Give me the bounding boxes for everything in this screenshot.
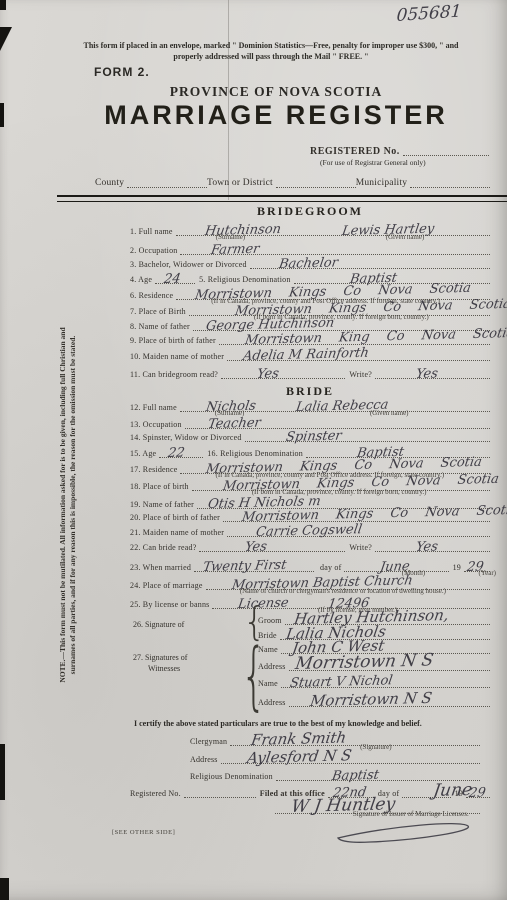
field-clergyman-address: Address Aylesford N S (190, 751, 480, 764)
field-label: Write? (345, 543, 375, 552)
marriage-register-document: 055681 This form if placed in an envelop… (0, 0, 507, 900)
side-note-line1: NOTE.—This form must not be mutilated. A… (58, 280, 68, 730)
field-label: Name (258, 679, 281, 688)
handwritten-age: 22 (167, 447, 185, 460)
handwritten-age: 24 (163, 273, 181, 286)
field-line: W J Huntley Signature of Issuer of Marri… (275, 800, 480, 814)
field-line: June (Month) (344, 558, 448, 572)
handwritten-value: Adelia M Rainforth (242, 347, 370, 363)
field-place-of-marriage: 24. Place of marriage Morristown Baptist… (130, 577, 490, 590)
handwritten-clergyman: Frank Smith (250, 730, 347, 748)
field-line: Morristown Kings Co Nova Scotia (223, 508, 490, 522)
field-line: 29 (466, 784, 490, 798)
field-label: Address (258, 662, 289, 671)
surname-caption: (Surname) (216, 234, 246, 241)
field-label: 19. Name of father (130, 500, 197, 509)
witnesses-label-line2: Witnesses (148, 664, 180, 673)
handwritten-read: Yes (244, 540, 268, 554)
field-line: Morristown N S (289, 657, 490, 671)
field-groom-status: 3. Bachelor, Widower or Divorced Bachelo… (130, 256, 490, 269)
scan-mark (0, 878, 9, 900)
field-label: Address (258, 698, 289, 707)
field-line: 24 (155, 270, 195, 284)
issuer-caption: Signature of Issuer of Marriage Licenses… (353, 811, 469, 818)
signature-flourish (330, 818, 480, 848)
scan-mark (0, 0, 6, 10)
field-label: Name (258, 645, 281, 654)
field-bride-read-write: 22. Can bride read? Yes Write? Yes (130, 539, 490, 552)
field-label: 5. Religious Denomination (195, 275, 293, 284)
scan-mark (0, 103, 4, 127)
field-line: Morristown Baptist Church (Name of churc… (206, 576, 490, 590)
field-label: 21. Maiden name of mother (130, 528, 227, 537)
field-line: Yes (375, 538, 490, 552)
field-label: 24. Place of marriage (130, 581, 206, 590)
field-groom-read-write: 11. Can bridegroom read? Yes Write? Yes (130, 366, 490, 379)
field-issuer-signature: W J Huntley Signature of Issuer of Marri… (275, 801, 480, 814)
field-line: Morristown Kings Co Nova Scotia (If born… (189, 302, 490, 316)
province-title: PROVINCE OF NOVA SCOTIA (70, 84, 482, 100)
field-label: 17. Residence (130, 465, 180, 474)
field-label: 13. Occupation (130, 420, 185, 429)
county-line (127, 174, 207, 188)
field-line: Adelia M Rainforth (227, 347, 490, 361)
handwritten-value: Bachelor (278, 256, 339, 271)
field-groom-birthplace: 7. Place of Birth Morristown Kings Co No… (130, 303, 490, 316)
handwritten-value: Carrie Cogswell (255, 523, 363, 539)
field-line: Yes (221, 365, 345, 379)
field-line: Frank Smith (Signature) (230, 732, 480, 746)
handwritten-day-words: Twenty First (202, 559, 287, 574)
field-label: 20. Place of birth of father (130, 513, 223, 522)
field-label: 11. Can bridegroom read? (130, 370, 221, 379)
town-label: Town or District (207, 179, 276, 188)
field-bride-father-birthplace: 20. Place of birth of father Morristown … (130, 509, 490, 522)
field-when-married: 23. When married Twenty First day of Jun… (130, 559, 490, 572)
field-line: Nichols Lalia Rebecca (Surname) (Given n… (180, 398, 490, 412)
field-line: Yes (375, 365, 490, 379)
field-line: Morristown Kings Co Nova Scotia (If in C… (180, 460, 490, 474)
field-clergyman: Clergyman Frank Smith (Signature) (190, 733, 480, 746)
handwritten-write: Yes (415, 367, 439, 381)
handwritten-religion: Baptist (331, 769, 380, 783)
mailing-notice-line1: This form if placed in an envelope, mark… (55, 41, 487, 51)
section-title-bride: BRIDE (130, 384, 490, 399)
form-number-label: FORM 2. (94, 65, 150, 79)
mailing-notice-line2: properly addressed will pass through the… (55, 52, 487, 62)
certification-statement: I certify the above stated particulars a… (134, 719, 422, 728)
field-line: June (402, 784, 450, 798)
year-prefix: 19 (449, 563, 464, 572)
page-title: MARRIAGE REGISTER (70, 100, 482, 131)
field-label: 22. Can bride read? (130, 543, 199, 552)
section-divider-rule (57, 195, 507, 202)
field-label: 12. Full name (130, 403, 180, 412)
field-label: 16. Religious Denomination (203, 449, 306, 458)
field-line: Yes (199, 538, 345, 552)
field-label: Address (190, 755, 221, 764)
field-line: 29 (Year) (464, 558, 490, 572)
field-label: 15. Age (130, 449, 159, 458)
field-bride-mother: 21. Maiden name of mother Carrie Cogswel… (130, 524, 490, 537)
signature-of-label: 26. Signature of (133, 620, 184, 629)
handwritten-read: Yes (256, 367, 280, 381)
field-label: 23. When married (130, 563, 194, 572)
field-label: Write? (345, 370, 375, 379)
field-line: Stuart V Nichol (281, 674, 490, 688)
field-label: 18. Place of birth (130, 482, 192, 491)
field-line: Baptist (276, 767, 480, 781)
scan-mark (0, 744, 5, 800)
field-label: Groom (258, 616, 285, 625)
field-label: 9. Place of birth of father (130, 336, 219, 345)
location-fields: County Town or District Municipality (95, 175, 490, 188)
field-label: Registered No. (130, 789, 184, 798)
side-note: NOTE.—This form must not be mutilated. A… (58, 280, 82, 730)
field-witness2-address: Address Morristown N S (258, 694, 490, 707)
field-label: 14. Spinster, Widow or Divorced (130, 433, 245, 442)
field-label: 8. Name of father (130, 322, 193, 331)
see-other-side-note: [SEE OTHER SIDE] (112, 829, 175, 836)
field-label: 6. Residence (130, 291, 176, 300)
field-bride-full-name: 12. Full name Nichols Lalia Rebecca (Sur… (130, 399, 490, 412)
field-line: Morristown King Co Nova Scotia (219, 331, 490, 345)
field-line: Morristown N S (289, 693, 490, 707)
registered-no-field: REGISTERED No. (310, 143, 489, 156)
field-groom-father-birthplace: 9. Place of birth of father Morristown K… (130, 332, 490, 345)
field-groom-mother: 10. Maiden name of mother Adelia M Rainf… (130, 348, 490, 361)
place-caption: (Name of church or clergyman's residence… (240, 588, 446, 595)
field-groom-occupation: 2. Occupation Farmer (130, 242, 490, 255)
field-label: 1. Full name (130, 227, 176, 236)
field-groom-full-name: 1. Full name Hutchinson Lewis Hartley (S… (130, 223, 490, 236)
serial-number: 055681 (396, 3, 462, 25)
field-line: Spinster (245, 428, 490, 442)
field-line: Twenty First (194, 558, 314, 572)
field-label: 3. Bachelor, Widower or Divorced (130, 260, 250, 269)
field-label: 25. By license or banns (130, 600, 212, 609)
county-label: County (95, 179, 127, 188)
municipality-label: Municipality (356, 179, 410, 188)
registrar-note: (For use of Registrar General only) (320, 158, 426, 167)
scan-mark (0, 27, 12, 51)
registered-no-line (403, 142, 489, 156)
handwritten-witness-address: Morristown N S (294, 652, 434, 673)
field-label: Clergyman (190, 737, 230, 746)
handwritten-value: Spinster (285, 429, 342, 444)
field-clergyman-religion: Religious Denomination Baptist (190, 768, 480, 781)
handwritten-write: Yes (415, 540, 439, 554)
field-line: 22 (159, 444, 203, 458)
field-label: day of (314, 563, 344, 572)
field-label: Religious Denomination (190, 772, 276, 781)
town-line (276, 174, 356, 188)
field-line: Teacher (185, 415, 490, 429)
field-label: 10. Maiden name of mother (130, 352, 227, 361)
witnesses-label-line1: 27. Signatures of (133, 653, 187, 662)
field-witness1-address: Address Morristown N S (258, 658, 490, 671)
field-line: Carrie Cogswell (227, 523, 490, 537)
registered-no-label: REGISTERED No. (310, 147, 403, 156)
given-name-caption: (Given name) (386, 234, 425, 241)
field-bride-residence: 17. Residence Morristown Kings Co Nova S… (130, 461, 490, 474)
field-line: Aylesford N S (221, 750, 480, 764)
field-line: Morristown Kings Co Nova Scotia (If born… (192, 477, 490, 491)
field-bride-status: 14. Spinster, Widow or Divorced Spinster (130, 429, 490, 442)
field-line (184, 784, 256, 798)
handwritten-address: Aylesford N S (246, 748, 353, 766)
field-line: Farmer (180, 241, 490, 255)
handwritten-witness-address: Morristown N S (309, 691, 433, 709)
field-label: 4. Age (130, 275, 155, 284)
field-witness2-name: Name Stuart V Nichol (258, 675, 490, 688)
field-bride-birthplace: 18. Place of birth Morristown Kings Co N… (130, 478, 490, 491)
municipality-line (410, 174, 490, 188)
field-label: 7. Place of Birth (130, 307, 189, 316)
field-line: Hutchinson Lewis Hartley (Surname) (Give… (176, 222, 490, 236)
handwritten-filed-year: 29 (468, 787, 486, 800)
handwritten-witness-name: Stuart V Nichol (289, 674, 393, 690)
side-note-line2: surnames of all parties, and if for any … (68, 280, 78, 730)
field-line: Bachelor (250, 255, 490, 269)
section-title-bridegroom: BRIDEGROOM (130, 204, 490, 219)
field-label: 2. Occupation (130, 246, 180, 255)
